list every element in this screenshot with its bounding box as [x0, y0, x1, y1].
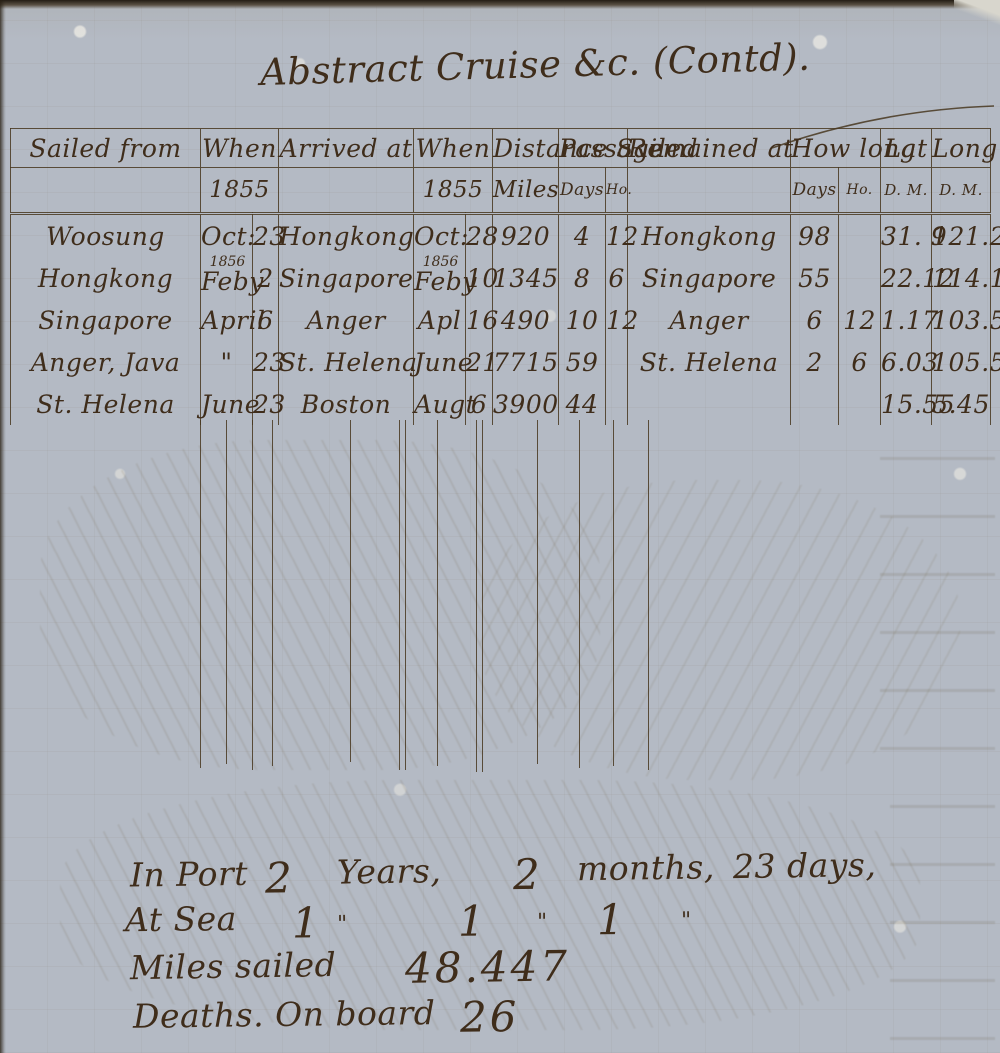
cell-when2-day: 16	[466, 299, 493, 341]
ruled-line	[200, 420, 201, 768]
cell-sailed-from: Woosung	[11, 214, 201, 258]
in-port-years-value: 2	[265, 853, 295, 902]
col-header-lat: Lat	[881, 129, 932, 168]
cell-lat: 1.17	[881, 299, 932, 341]
cell-when2-day: 21	[466, 341, 493, 383]
at-sea-label: At Sea	[125, 899, 237, 939]
logbook-page: Abstract Cruise &c. (Contd). Sailed from…	[0, 0, 1000, 1053]
col-header-when-1: When	[201, 129, 279, 168]
subheader-dm-long: D. M.	[932, 168, 991, 214]
ruled-line	[482, 420, 483, 772]
cell-when-day: 23	[253, 341, 279, 383]
table-row: Singapore April 6 Anger Apl 16 490 10 12…	[11, 299, 991, 341]
year-note: 1856	[416, 258, 465, 267]
cell-long: 105.56	[932, 341, 991, 383]
at-sea-days-ditto: "	[681, 908, 692, 933]
cell-howlong-days	[791, 383, 839, 425]
cell-sailed-from: Anger, Java	[11, 341, 201, 383]
cell-when2-month: Augt	[414, 383, 466, 425]
miles-sailed-value: 48.447	[405, 941, 571, 993]
cell-lat: 6.03	[881, 341, 932, 383]
ruled-line	[252, 420, 253, 770]
subheader-hours-1: Ho.	[606, 168, 628, 214]
cell-passage-hours: 12	[606, 299, 628, 341]
cell-remained-at: Singapore	[628, 257, 791, 299]
bleedthrough-patch	[40, 440, 600, 770]
cell-remained-at: St. Helena	[628, 341, 791, 383]
subheader-days-1: Days	[559, 168, 606, 214]
cell-howlong-days: 2	[791, 341, 839, 383]
at-sea-years-ditto: "	[337, 912, 348, 937]
cell-miles: 1345	[493, 257, 559, 299]
ruled-line	[226, 420, 227, 764]
cell-howlong-hours	[839, 257, 881, 299]
cell-passage-hours: 6	[606, 257, 628, 299]
header-row: Sailed from When Arrived at When Distanc…	[11, 129, 991, 168]
col-header-how-long: How long	[791, 129, 881, 168]
cell-howlong-hours: 12	[839, 299, 881, 341]
cell-howlong-days: 55	[791, 257, 839, 299]
ruled-line	[613, 420, 614, 766]
in-port-days-unit: days,	[787, 845, 877, 885]
cell-lat: 31. 9	[881, 214, 932, 258]
col-header-remained-at: Remained at	[628, 129, 791, 168]
cell-miles: 490	[493, 299, 559, 341]
cell-arrived-at: Anger	[279, 299, 414, 341]
cell-sailed-from: Hongkong	[11, 257, 201, 299]
cell-miles: 7715	[493, 341, 559, 383]
cell-lat: 15.55	[881, 383, 932, 425]
deaths-value: 26	[460, 992, 520, 1042]
ruled-line	[648, 420, 649, 770]
cell-miles: 3900	[493, 383, 559, 425]
ruled-line	[437, 420, 438, 766]
subheader-year-1: 1855	[201, 168, 279, 214]
page-title: Abstract Cruise &c. (Contd).	[259, 37, 760, 94]
cell-howlong-days: 6	[791, 299, 839, 341]
col-header-arrived-at: Arrived at	[279, 129, 414, 168]
at-sea-days-value: 1	[597, 895, 627, 944]
subheader-blank	[279, 168, 414, 214]
cell-when2-month: 1856Feby	[414, 257, 466, 299]
subheader-hours-2: Ho.	[839, 168, 881, 214]
cell-when-day: 23	[253, 383, 279, 425]
cell-remained-at: Hongkong	[628, 214, 791, 258]
subheader-blank	[11, 168, 201, 214]
cell-lat: 22.12	[881, 257, 932, 299]
cell-passage-days: 4	[559, 214, 606, 258]
deaths-label: Deaths. On board	[133, 993, 436, 1036]
cell-when2-month: Apl	[414, 299, 466, 341]
at-sea-months-value: 1	[458, 896, 488, 945]
cell-passage-hours	[606, 341, 628, 383]
cell-long: 5.45	[932, 383, 991, 425]
cell-long: 121.28	[932, 214, 991, 258]
cell-howlong-days: 98	[791, 214, 839, 258]
ruled-line	[350, 420, 351, 762]
in-port-days-value: 23	[733, 846, 777, 886]
table-row: Hongkong 1856Feby 2 Singapore 1856Feby 1…	[11, 257, 991, 299]
col-header-when-2: When	[414, 129, 493, 168]
summary-deaths: Deaths. On board 26	[125, 987, 926, 1043]
cell-long: 114.12	[932, 257, 991, 299]
in-port-years-unit: Years,	[337, 851, 442, 891]
table-row: Woosung Oct: 23 Hongkong Oct: 28 920 4 1…	[11, 214, 991, 258]
voyage-summary: In Port 2 Years, 2 months, 23 days, At S…	[125, 850, 925, 1050]
cell-howlong-hours	[839, 383, 881, 425]
abstract-cruise-table: Sailed from When Arrived at When Distanc…	[10, 128, 991, 425]
cell-howlong-hours	[839, 214, 881, 258]
ruled-line	[476, 420, 477, 772]
in-port-months-value: 2	[513, 850, 543, 899]
cell-when2-day: 28	[466, 214, 493, 258]
cell-howlong-hours: 6	[839, 341, 881, 383]
cell-remained-at	[628, 383, 791, 425]
cell-passage-hours	[606, 383, 628, 425]
ruled-line	[399, 420, 400, 770]
cell-when-day: 23	[253, 214, 279, 258]
scan-edge-top	[0, 0, 1000, 9]
subheader-days-2: Days	[791, 168, 839, 214]
cell-sailed-from: Singapore	[11, 299, 201, 341]
subheader-year-2: 1855	[414, 168, 493, 214]
cell-when-day: 6	[253, 299, 279, 341]
page-corner	[954, 0, 1000, 26]
col-header-distance-sailed: Distance Sailed	[493, 129, 559, 168]
col-header-passage: Passage	[559, 129, 628, 168]
col-header-sailed-from: Sailed from	[11, 129, 201, 168]
cell-passage-days: 8	[559, 257, 606, 299]
cell-passage-days: 59	[559, 341, 606, 383]
in-port-months-unit: months,	[577, 847, 715, 888]
in-port-label: In Port	[130, 854, 249, 895]
table-row: St. Helena June 23 Boston Augt 6 3900 44…	[11, 383, 991, 425]
scan-edge-left	[0, 0, 6, 1053]
ruled-line	[272, 420, 273, 766]
at-sea-months-ditto: "	[537, 910, 548, 935]
subheader-dm-lat: D. M.	[881, 168, 932, 214]
col-header-long: Long.	[932, 129, 991, 168]
cell-passage-days: 44	[559, 383, 606, 425]
cell-when2-month: June	[414, 341, 466, 383]
bleedthrough-patch	[880, 450, 995, 750]
year-note: 1856	[203, 258, 252, 267]
cell-passage-days: 10	[559, 299, 606, 341]
cell-arrived-at: Singapore	[279, 257, 414, 299]
ruled-line	[579, 420, 580, 768]
bleedthrough-patch	[480, 480, 960, 780]
ruled-line	[405, 420, 406, 770]
cell-when-month: Oct:	[201, 214, 253, 258]
ruled-line	[537, 420, 538, 764]
cell-when-month: 1856Feby	[201, 257, 253, 299]
cell-arrived-at: Hongkong	[279, 214, 414, 258]
at-sea-years-value: 1	[292, 898, 322, 947]
miles-sailed-label: Miles sailed	[130, 945, 337, 987]
subheader-blank	[628, 168, 791, 214]
cell-arrived-at: Boston	[279, 383, 414, 425]
cell-long: 103.50	[932, 299, 991, 341]
cell-when-month: "	[201, 341, 253, 383]
cell-sailed-from: St. Helena	[11, 383, 201, 425]
cell-when-month: April	[201, 299, 253, 341]
cell-arrived-at: St. Helena	[279, 341, 414, 383]
cell-when2-month: Oct:	[414, 214, 466, 258]
cell-miles: 920	[493, 214, 559, 258]
cell-remained-at: Anger	[628, 299, 791, 341]
cell-when-month: June	[201, 383, 253, 425]
cell-passage-hours: 12	[606, 214, 628, 258]
table-row: Anger, Java " 23 St. Helena June 21 7715…	[11, 341, 991, 383]
subheader-row: 1855 1855 Miles Days Ho. Days Ho. D. M. …	[11, 168, 991, 214]
subheader-miles: Miles	[493, 168, 559, 214]
